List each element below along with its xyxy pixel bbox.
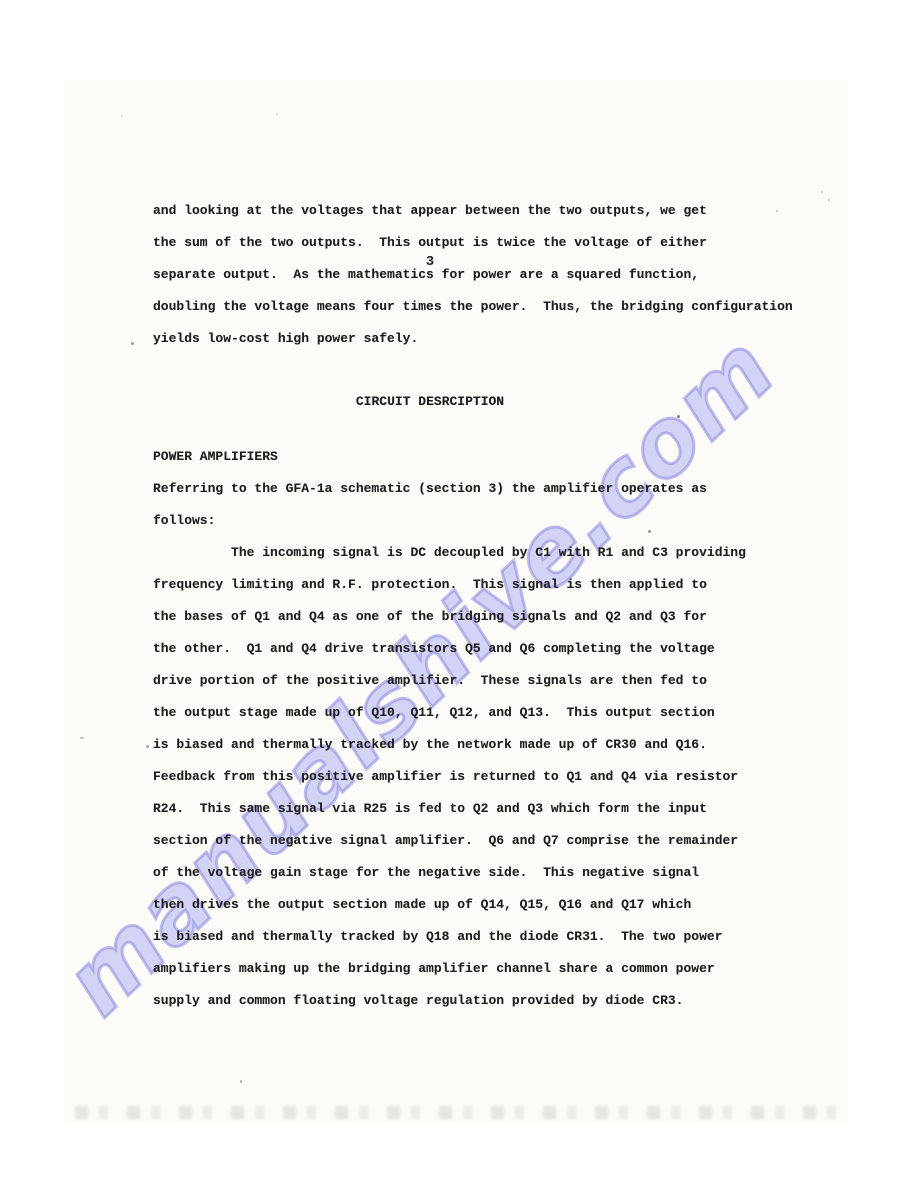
scan-speck	[131, 342, 134, 345]
subsection-title: POWER AMPLIFIERS	[153, 441, 746, 473]
text-line: The incoming signal is DC decoupled by C…	[153, 537, 746, 569]
text-line: Feedback from this positive amplifier is…	[153, 761, 746, 793]
paragraph-opening: and looking at the voltages that appear …	[153, 195, 793, 355]
scan-speck	[146, 745, 149, 748]
text-line: section of the negative signal amplifier…	[153, 825, 746, 857]
scanned-page: manualshive.com 3 and looking at the vol…	[64, 80, 848, 1122]
text-line: R24. This same signal via R25 is fed to …	[153, 793, 746, 825]
text-line: doubling the voltage means four times th…	[153, 291, 793, 323]
scan-speck	[677, 415, 680, 418]
text-line: supply and common floating voltage regul…	[153, 985, 746, 1017]
section-heading: CIRCUIT DESRCIPTION	[356, 386, 504, 418]
scan-speck	[828, 199, 830, 201]
text-line: the output stage made up of Q10, Q11, Q1…	[153, 697, 746, 729]
scan-speck	[240, 1080, 242, 1083]
scan-speck	[276, 113, 278, 115]
text-line: drive portion of the positive amplifier.…	[153, 665, 746, 697]
text-line: the other. Q1 and Q4 drive transistors Q…	[153, 633, 746, 665]
scan-speck	[80, 737, 84, 739]
scan-speck	[121, 115, 123, 117]
text-line: the bases of Q1 and Q4 as one of the bri…	[153, 601, 746, 633]
screenshot-canvas: manualshive.com 3 and looking at the vol…	[0, 0, 918, 1188]
scan-speck	[821, 191, 823, 193]
text-line: amplifiers making up the bridging amplif…	[153, 953, 746, 985]
text-line: Referring to the GFA-1a schematic (secti…	[153, 473, 746, 505]
text-line: of the voltage gain stage for the negati…	[153, 857, 746, 889]
text-line: is biased and thermally tracked by the n…	[153, 729, 746, 761]
scan-speck	[648, 530, 651, 533]
text-line: frequency limiting and R.F. protection. …	[153, 569, 746, 601]
text-line: yields low-cost high power safely.	[153, 323, 793, 355]
text-line: and looking at the voltages that appear …	[153, 195, 793, 227]
power-amplifiers-section: POWER AMPLIFIERS Referring to the GFA-1a…	[153, 441, 746, 1017]
text-line: separate output. As the mathematics for …	[153, 259, 793, 291]
text-line: then drives the output section made up o…	[153, 889, 746, 921]
text-line: follows:	[153, 505, 746, 537]
page-text-layer: 3 and looking at the voltages that appea…	[64, 80, 848, 1122]
text-line: is biased and thermally tracked by Q18 a…	[153, 921, 746, 953]
scan-speck	[776, 210, 778, 212]
text-line: the sum of the two outputs. This output …	[153, 227, 793, 259]
